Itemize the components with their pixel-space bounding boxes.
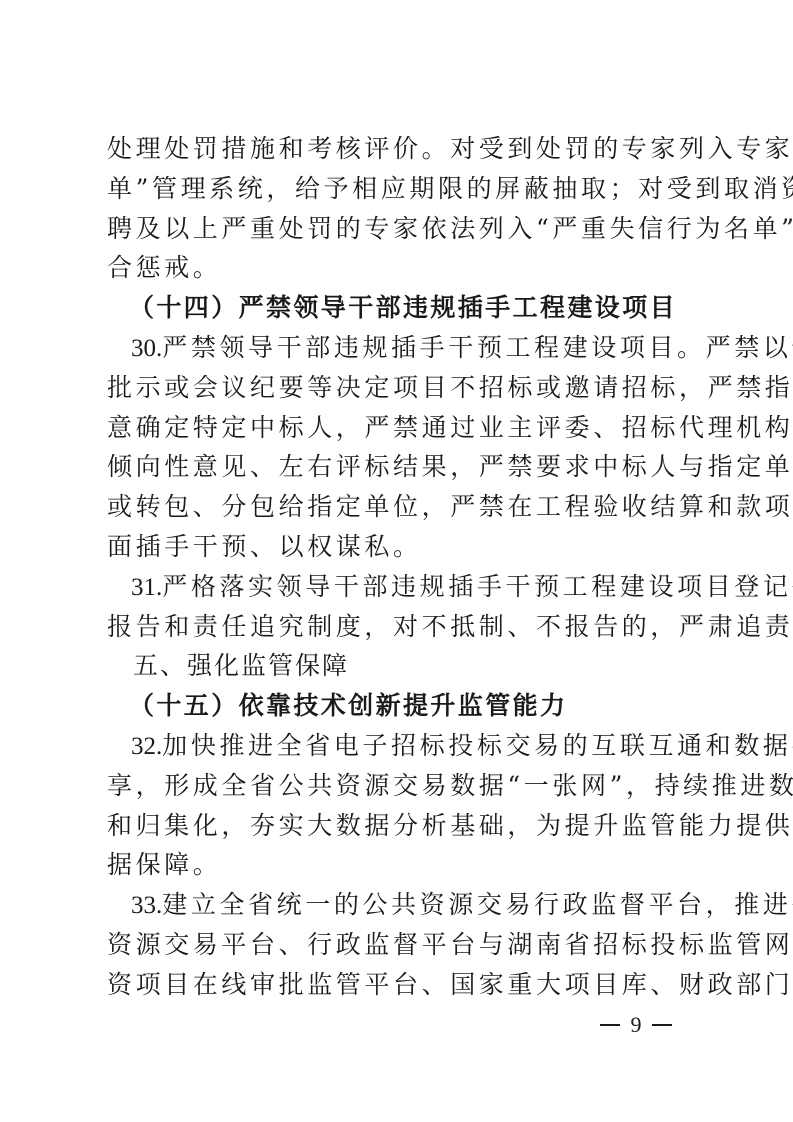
text-line: 批示或会议纪要等决定项目不招标或邀请招标，严禁指示、授 [107,368,697,408]
document-page: 处理处罚措施和考核评价。对受到处罚的专家列入专家库“黑名 单”管理系统，给予相应… [0,0,793,1122]
text-line: 报告和责任追究制度，对不抵制、不报告的，严肃追责问责。 [107,607,697,647]
item-number: 31. [131,574,162,601]
text-line: 意确定特定中标人，严禁通过业主评委、招标代理机构等发表 [107,408,697,448]
item-number: 32. [131,733,162,760]
text-line: 合惩戒。 [107,248,697,288]
document-body: 处理处罚措施和考核评价。对受到处罚的专家列入专家库“黑名 单”管理系统，给予相应… [107,129,697,1005]
subheading-fourteen: （十四）严禁领导干部违规插手工程建设项目 [107,288,697,328]
text-line: 或转包、分包给指定单位，严禁在工程验收结算和款项拨付方 [107,487,697,527]
text-line: 严格落实领导干部违规插手干预工程建设项目登记备案 [162,572,793,601]
dash-left [600,1024,620,1025]
text-line: 单”管理系统，给予相应期限的屏蔽抽取；对受到取消资格或解 [107,169,697,209]
item-32-first-line: 32.加快推进全省电子招标投标交易的互联互通和数据共 [107,726,697,766]
text-line: 处理处罚措施和考核评价。对受到处罚的专家列入专家库“黑名 [107,129,697,169]
text-line: 建立全省统一的公共资源交易行政监督平台，推进公共 [162,890,793,919]
text-line: 享，形成全省公共资源交易数据“一张网”，持续推进数据标准化 [107,766,697,806]
page-number-value: 9 [631,1010,642,1040]
item-31-first-line: 31.严格落实领导干部违规插手干预工程建设项目登记备案 [107,567,697,607]
item-number: 30. [131,335,162,362]
text-line: 严禁领导干部违规插手干预工程建设项目。严禁以领导 [162,333,793,362]
item-33-first-line: 33.建立全省统一的公共资源交易行政监督平台，推进公共 [107,885,697,925]
item-number: 33. [131,892,162,919]
text-line: 倾向性意见、左右评标结果，严禁要求中标人与指定单位合作 [107,447,697,487]
subheading-fifteen: （十五）依靠技术创新提升监管能力 [107,686,697,726]
text-line: 加快推进全省电子招标投标交易的互联互通和数据共 [162,731,793,760]
page-number: 9 [600,1010,672,1040]
text-line: 资源交易平台、行政监督平台与湖南省招标投标监管网、省投 [107,925,697,965]
text-line: 资项目在线审批监管平台、国家重大项目库、财政部门信息系 [107,965,697,1005]
text-line: 聘及以上严重处罚的专家依法列入“严重失信行为名单”，实施联 [107,209,697,249]
text-line: 和归集化，夯实大数据分析基础，为提升监管能力提供有力数 [107,806,697,846]
section-heading-five: 五、强化监管保障 [107,646,697,686]
dash-right [652,1024,672,1025]
text-line: 面插手干预、以权谋私。 [107,527,697,567]
item-30-first-line: 30.严禁领导干部违规插手干预工程建设项目。严禁以领导 [107,328,697,368]
text-line: 据保障。 [107,845,697,885]
